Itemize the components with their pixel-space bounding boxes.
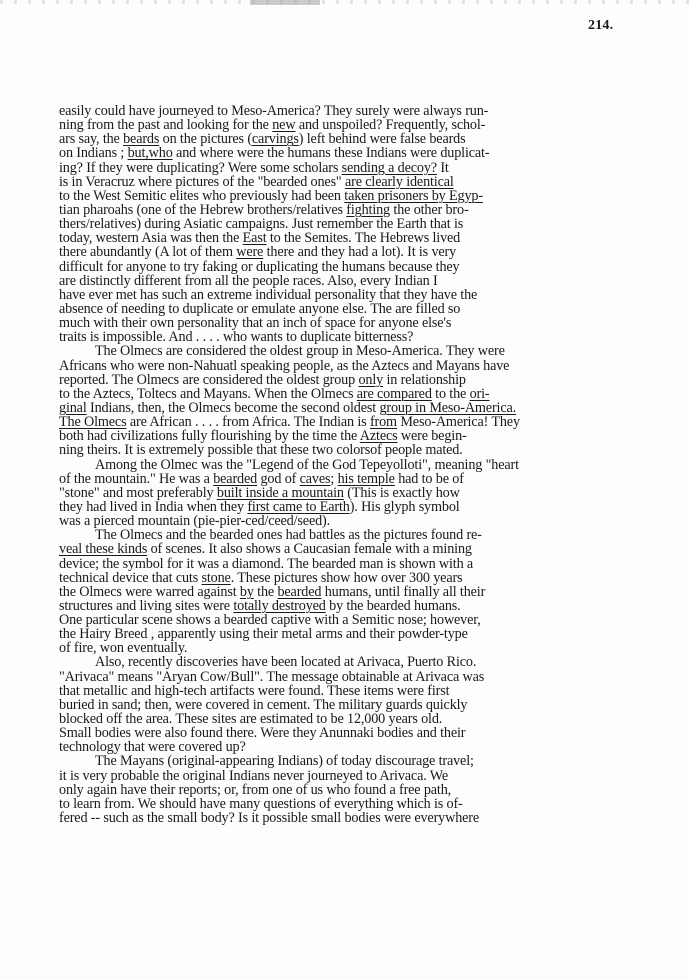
text-line: to learn from. We should have many quest… — [59, 797, 679, 811]
text-line: easily could have journeyed to Meso-Amer… — [59, 104, 679, 118]
text-line: Africans who were non-Nahuatl speaking p… — [59, 359, 679, 373]
text-line: absence of needing to duplicate or emula… — [59, 302, 679, 316]
text-line: reported. The Olmecs are considered the … — [59, 373, 679, 387]
text-line: structures and living sites were totally… — [59, 599, 679, 613]
text-line: traits is impossible. And . . . . who wa… — [59, 330, 679, 344]
text-line: "stone" and most preferably built inside… — [59, 486, 679, 500]
text-line: The Olmecs are considered the oldest gro… — [59, 344, 679, 358]
text-line: ning theirs. It is extremely possible th… — [59, 443, 679, 457]
text-line: are distinctly different from all the pe… — [59, 274, 679, 288]
scan-smudge — [250, 0, 320, 5]
text-line: both had civilizations fully flourishing… — [59, 429, 679, 443]
text-line: device; the symbol for it was a diamond.… — [59, 557, 679, 571]
text-line: they had lived in India when they first … — [59, 500, 679, 514]
text-line: of the mountain." He was a bearded god o… — [59, 472, 679, 486]
text-line: only again have their reports; or, from … — [59, 783, 679, 797]
text-line: it is very probable the original Indians… — [59, 769, 679, 783]
page-number: 214. — [588, 18, 613, 34]
text-line: today, western Asia was then the East to… — [59, 231, 679, 245]
text-line: that metallic and high-tech artifacts we… — [59, 684, 679, 698]
text-line: The Mayans (original-appearing Indians) … — [59, 754, 679, 768]
text-line: technical device that cuts stone. These … — [59, 571, 679, 585]
text-line: much with their own personality that an … — [59, 316, 679, 330]
text-segment: ). His glyph symbol — [350, 499, 460, 515]
text-line: there abundantly (A lot of them were the… — [59, 245, 679, 259]
text-segment: fered -- such as the small body? Is it p… — [59, 810, 479, 826]
text-line: on Indians ; but,who and where were the … — [59, 146, 679, 160]
text-line: thers/relatives) during Asiatic campaign… — [59, 217, 679, 231]
text-line: of fire, won eventually. — [59, 641, 679, 655]
text-line: buried in sand; then, were covered in ce… — [59, 698, 679, 712]
text-line: The Olmecs are African . . . . from Afri… — [59, 415, 679, 429]
text-line: ars say, the beards on the pictures (car… — [59, 132, 679, 146]
text-line: to the Aztecs, Toltecs and Mayans. When … — [59, 387, 679, 401]
text-line: "Arivaca" means "Aryan Cow/Bull". The me… — [59, 670, 679, 684]
text-line: blocked off the area. These sites are es… — [59, 712, 679, 726]
text-line: The Olmecs and the bearded ones had batt… — [59, 528, 679, 542]
text-line: difficult for anyone to try faking or du… — [59, 260, 679, 274]
text-line: to the West Semitic elites who previousl… — [59, 189, 679, 203]
text-line: Among the Olmec was the "Legend of the G… — [59, 458, 679, 472]
text-line: was a pierced mountain (pie-pier-ced/cee… — [59, 514, 679, 528]
text-line: have ever met has such an extreme indivi… — [59, 288, 679, 302]
document-body: easily could have journeyed to Meso-Amer… — [59, 104, 679, 825]
text-line: veal these kinds of scenes. It also show… — [59, 542, 679, 556]
scan-edge-noise — [0, 0, 689, 4]
text-line: ginal Indians, then, the Olmecs become t… — [59, 401, 679, 415]
text-line: is in Veracruz where pictures of the "be… — [59, 175, 679, 189]
text-line: Small bodies were also found there. Were… — [59, 726, 679, 740]
text-line: ning from the past and looking for the n… — [59, 118, 679, 132]
text-line: fered -- such as the small body? Is it p… — [59, 811, 679, 825]
text-line: the Hairy Breed , apparently using their… — [59, 627, 679, 641]
text-line: the Olmecs were warred against by the be… — [59, 585, 679, 599]
text-line: Also, recently discoveries have been loc… — [59, 655, 679, 669]
text-line: technology that were covered up? — [59, 740, 679, 754]
text-line: One particular scene shows a bearded cap… — [59, 613, 679, 627]
text-line: tian pharoahs (one of the Hebrew brother… — [59, 203, 679, 217]
text-line: ing? If they were duplicating? Were some… — [59, 161, 679, 175]
